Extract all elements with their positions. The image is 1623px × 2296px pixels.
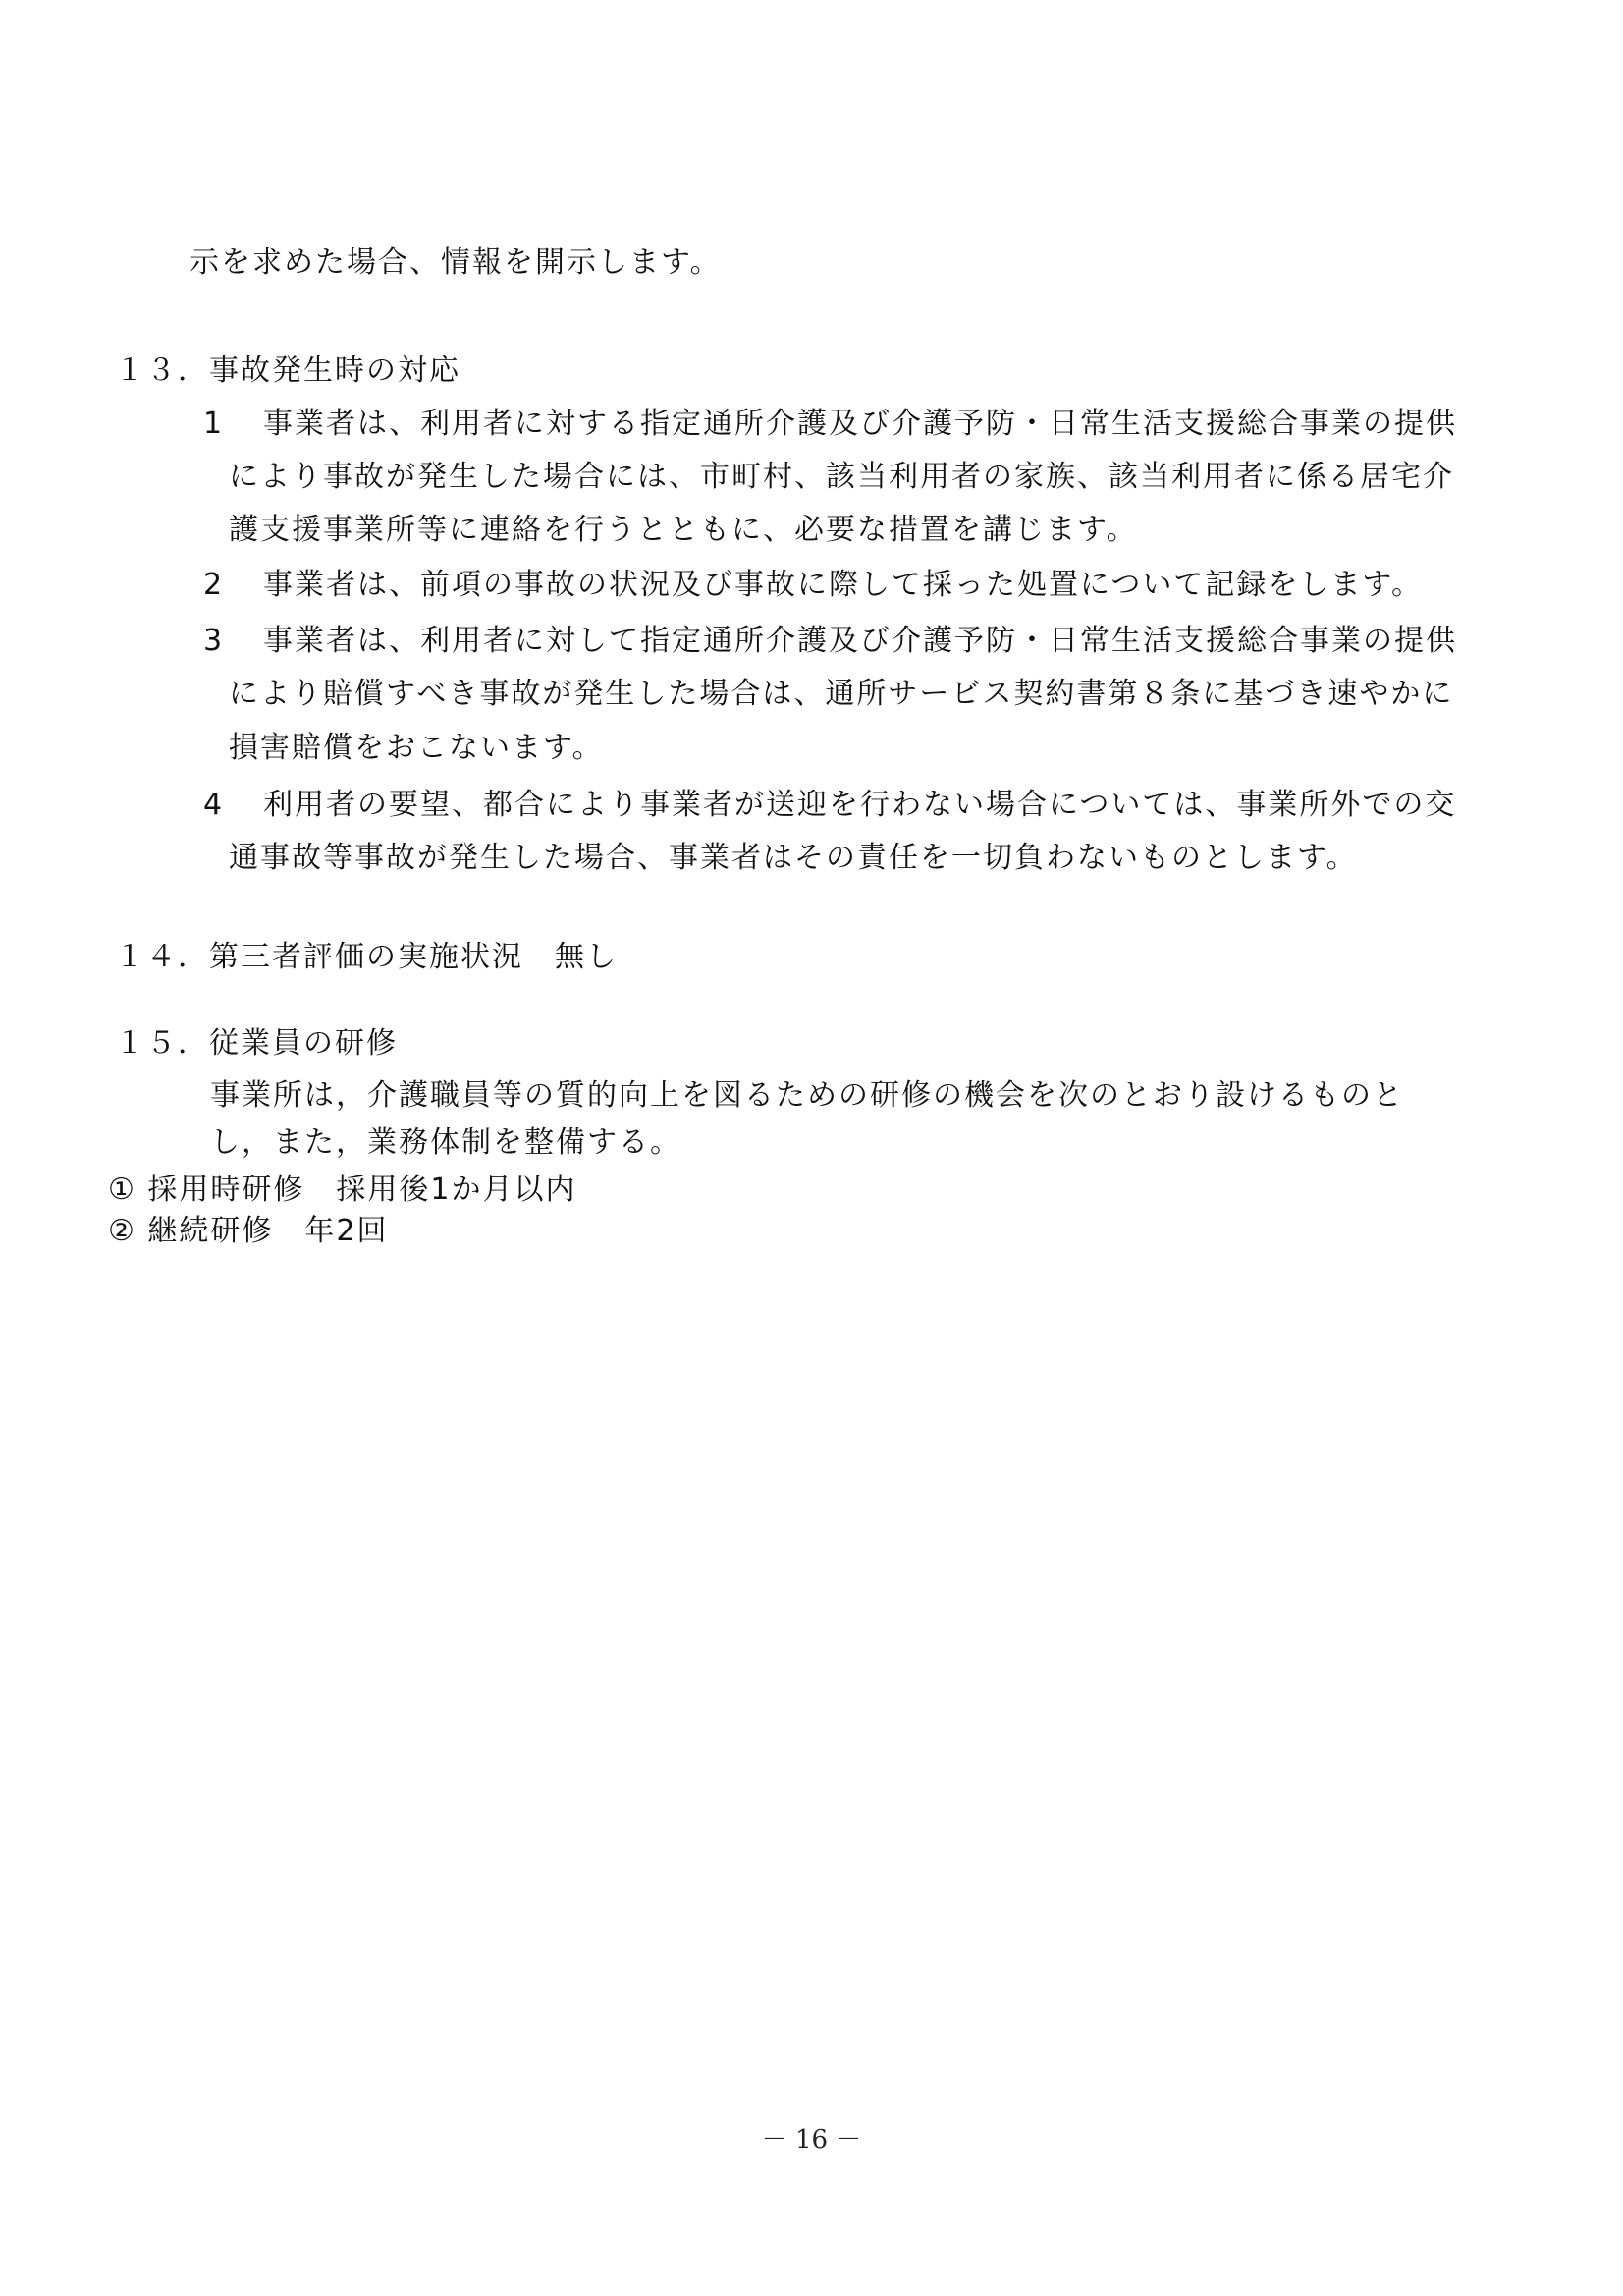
item-number: 2: [203, 566, 224, 605]
section-13-heading: １３．事故発生時の対応: [115, 352, 460, 391]
item-text-line: により賠償すべき事故が発生した場合は、通所サービス契約書第８条に基づき速やかに: [229, 675, 1453, 714]
section-15-body-line: 事業所は，介護職員等の質的向上を図るための研修の機会を次のとおり設けるものと: [210, 1076, 1404, 1116]
training-list-item: ② 継続研修 年2回: [108, 1212, 389, 1251]
page-number: － 16 －: [0, 2119, 1623, 2156]
item-text-line: により事故が発生した場合には、市町村、該当利用者の家族、該当利用者に係る居宅介: [229, 458, 1454, 497]
item-text-line: 事業者は、利用者に対する指定通所介護及び介護予防・日常生活支援総合事業の提供: [263, 405, 1457, 444]
section-15-body-line: し，また，業務体制を整備する。: [210, 1123, 681, 1163]
item-number: 3: [203, 622, 224, 661]
training-list-item: ① 採用時研修 採用後1か月以内: [108, 1171, 577, 1210]
item-text-line: 損害賠償をおこないます。: [229, 729, 604, 768]
item-text-line: 事業者は、前項の事故の状況及び事故に際して採った処置について記録をします。: [263, 566, 1423, 605]
continuation-text: 示を求めた場合、情報を開示します。: [189, 244, 722, 283]
item-text-line: 事業者は、利用者に対して指定通所介護及び介護予防・日常生活支援総合事業の提供: [263, 622, 1457, 661]
item-text-line: 利用者の要望、都合により事業者が送迎を行わない場合については、事業所外での交: [263, 786, 1456, 825]
item-text-line: 護支援事業所等に連絡を行うとともに、必要な措置を講じます。: [229, 511, 1138, 550]
item-text-line: 通事故等事故が発生した場合、事業者はその責任を一切負わないものとします。: [229, 839, 1358, 878]
item-number: 4: [203, 786, 224, 825]
item-number: 1: [203, 405, 224, 444]
section-14-heading: １４．第三者評価の実施状況 無し: [115, 938, 618, 977]
section-15-heading: １５．従業員の研修: [115, 1024, 398, 1064]
